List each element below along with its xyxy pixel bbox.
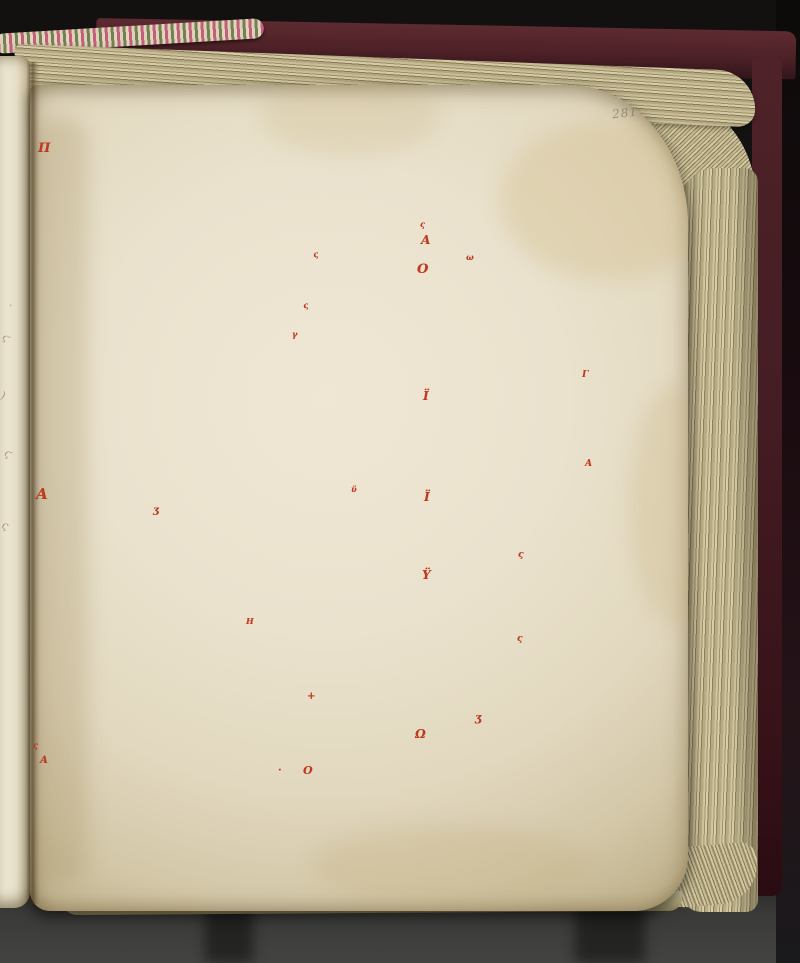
parchment-stain xyxy=(500,120,688,280)
page-edges-fore-edge xyxy=(680,168,758,912)
facing-page-ink-mark: · xyxy=(9,300,13,311)
parchment-stain xyxy=(310,825,590,905)
facing-page-ink-mark: ϛ xyxy=(3,447,14,460)
parchment-stain xyxy=(630,385,688,625)
facing-page-ink-mark: ς xyxy=(0,519,10,531)
folio-number: 281 xyxy=(611,105,638,122)
manuscript-page xyxy=(30,85,688,911)
facing-page-ink-mark: ) xyxy=(0,390,7,402)
parchment-stain xyxy=(260,85,440,155)
facing-page-ink-marks: ϛ)ϛ·ς xyxy=(0,0,40,963)
facing-page-ink-mark: ϛ xyxy=(0,331,12,343)
parchment-stain xyxy=(32,115,87,885)
manuscript-photo-scene: ϛ)ϛ·ς 281 ῶς δὲ ἀπεικὸς ἐφάνη ὅτι τῶν θε… xyxy=(0,0,800,963)
